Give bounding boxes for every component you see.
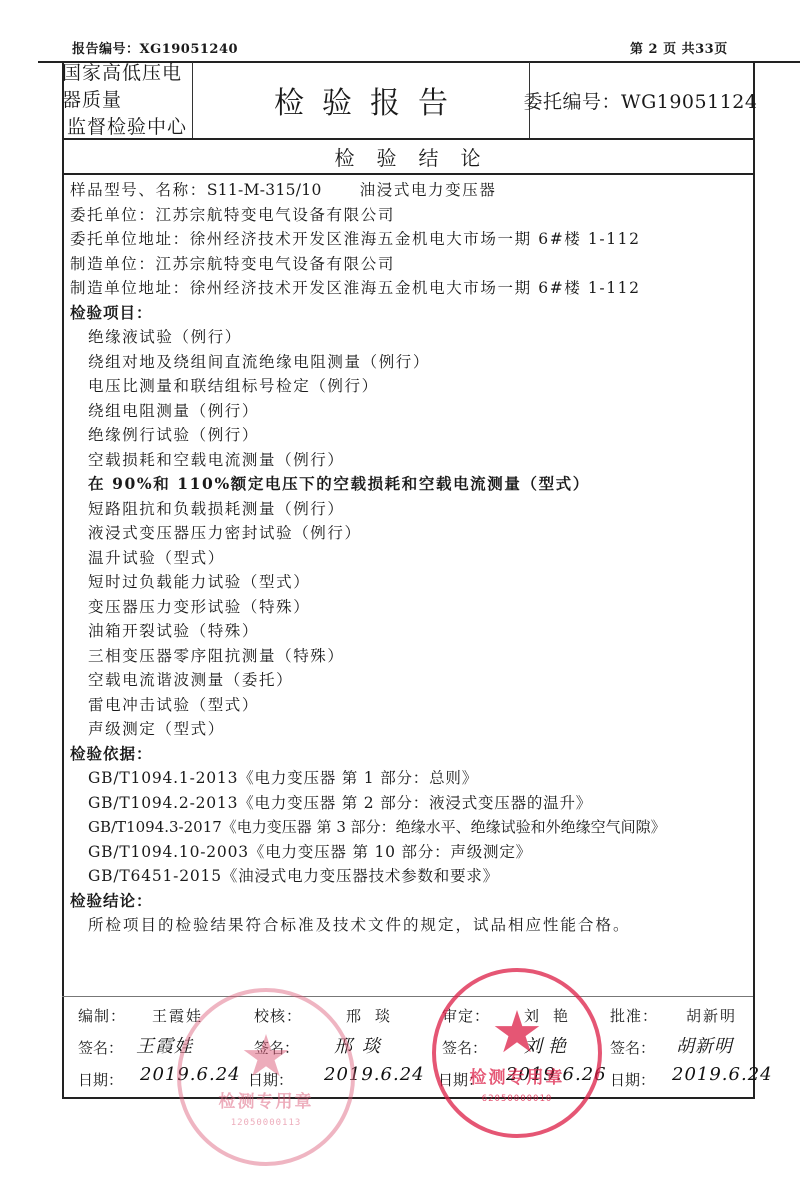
person-name: 刘艳 bbox=[524, 1007, 582, 1025]
organization-cell: 国家高低压电器质量 监督检验中心 bbox=[62, 62, 193, 138]
manufacturer-label: 制造单位： bbox=[70, 255, 156, 273]
role-compiled: 编制： bbox=[78, 1005, 126, 1026]
handwritten-date: 2019.6.24 bbox=[672, 1064, 773, 1085]
test-item: 油箱开裂试验（特殊） bbox=[70, 619, 750, 644]
manufacturer-address-line: 制造单位地址：徐州经济技术开发区淮海五金机电大市场一期 6#楼 1-112 bbox=[70, 276, 750, 301]
role-label: 编制： bbox=[78, 1007, 126, 1025]
section-title: 检验结论 bbox=[313, 142, 503, 171]
manufacturer-address-value: 徐州经济技术开发区淮海五金机电大市场一期 6#楼 1-112 bbox=[190, 279, 641, 297]
entrust-number-value: WG19051124 bbox=[621, 91, 757, 113]
test-item: 空载损耗和空载电流测量（例行） bbox=[70, 448, 750, 473]
test-item: 绕组对地及绕组间直流绝缘电阻测量（例行） bbox=[70, 350, 750, 375]
date-label: 日期： bbox=[610, 1069, 655, 1090]
date-label: 日期： bbox=[248, 1069, 293, 1090]
report-number-label: 报告编号： bbox=[72, 42, 140, 57]
basis-standard: GB/T1094.3-2017《电力变压器 第 3 部分：绝缘水平、绝缘试验和外… bbox=[70, 815, 750, 840]
client-label: 委托单位： bbox=[70, 206, 156, 224]
header-table: 国家高低压电器质量 监督检验中心 检验报告 委托编号：WG19051124 bbox=[62, 62, 753, 140]
person-name: 邢琰 bbox=[346, 1007, 404, 1025]
name-compiled: 王霞娃 bbox=[152, 1005, 203, 1026]
report-number: 报告编号：XG19051240 bbox=[72, 38, 238, 57]
test-item: 变压器压力变形试验（特殊） bbox=[70, 595, 750, 620]
sign-label: 签名： bbox=[254, 1037, 299, 1058]
signature-block: 编制： 王霞娃 校核： 邢琰 审定： 刘艳 批准： 胡新明 签名： 王霞娃 签名… bbox=[62, 998, 753, 1097]
role-approved: 批准： bbox=[610, 1005, 658, 1026]
sign-label: 签名： bbox=[78, 1037, 123, 1058]
section-header: 检验结论 bbox=[62, 139, 753, 175]
conclusion-text: 所检项目的检验结果符合标准及技术文件的规定，试品相应性能合格。 bbox=[70, 913, 750, 938]
date-label: 日期： bbox=[438, 1069, 483, 1090]
role-label: 审定： bbox=[442, 1007, 490, 1025]
sample-line: 样品型号、名称：S11-M-315/10油浸式电力变压器 bbox=[70, 178, 750, 203]
name-reviewed: 刘艳 bbox=[524, 1005, 582, 1026]
name-checked: 邢琰 bbox=[346, 1005, 404, 1026]
sample-label: 样品型号、名称： bbox=[70, 181, 207, 199]
test-item: 三相变压器零序阻抗测量（特殊） bbox=[70, 644, 750, 669]
date-label: 日期： bbox=[78, 1069, 123, 1090]
signature-separator bbox=[62, 996, 753, 997]
handwritten-date: 2019.6.24 bbox=[324, 1064, 425, 1085]
page-indicator: 第 2 页 共33页 bbox=[630, 38, 728, 57]
report-number-value: XG19051240 bbox=[140, 42, 239, 57]
role-row: 编制： 王霞娃 校核： 邢琰 审定： 刘艳 批准： 胡新明 bbox=[62, 1000, 753, 1030]
basis-standard: GB/T1094.10-2003《电力变压器 第 10 部分：声级测定》 bbox=[70, 840, 750, 865]
client-address-value: 徐州经济技术开发区淮海五金机电大市场一期 6#楼 1-112 bbox=[190, 230, 641, 248]
person-name: 胡新明 bbox=[686, 1007, 737, 1025]
client-address-line: 委托单位地址：徐州经济技术开发区淮海五金机电大市场一期 6#楼 1-112 bbox=[70, 227, 750, 252]
role-label: 批准： bbox=[610, 1007, 658, 1025]
entrust-cell: 委托编号：WG19051124 bbox=[530, 62, 751, 138]
title-cell: 检验报告 bbox=[193, 62, 530, 138]
sign-label: 签名： bbox=[442, 1037, 487, 1058]
handwritten-signature: 邢琰 bbox=[334, 1032, 390, 1058]
handwritten-date: 2019.6.24 bbox=[140, 1064, 241, 1085]
person-name: 王霞娃 bbox=[152, 1007, 203, 1025]
signature-row: 签名： 王霞娃 签名： 邢琰 签名： 刘艳 签名： 胡新明 bbox=[62, 1032, 753, 1062]
test-item: 声级测定（型式） bbox=[70, 717, 750, 742]
test-item: 空载电流谐波测量（委托） bbox=[70, 668, 750, 693]
client-value: 江苏宗航特变电气设备有限公司 bbox=[156, 206, 395, 224]
handwritten-date: 2019.6.26 bbox=[506, 1064, 607, 1085]
date-row: 日期： 2019.6.24 日期： 2019.6.24 日期： 2019.6.2… bbox=[62, 1064, 753, 1094]
manufacturer-line: 制造单位：江苏宗航特变电气设备有限公司 bbox=[70, 252, 750, 277]
test-item: 雷电冲击试验（型式） bbox=[70, 693, 750, 718]
test-items-heading: 检验项目： bbox=[70, 301, 750, 326]
test-item: 电压比测量和联结组标号检定（例行） bbox=[70, 374, 750, 399]
sign-label: 签名： bbox=[610, 1037, 655, 1058]
test-item: 在 90%和 110%额定电压下的空载损耗和空载电流测量（型式） bbox=[70, 472, 750, 497]
test-item: 绝缘液试验（例行） bbox=[70, 325, 750, 350]
client-address-label: 委托单位地址： bbox=[70, 230, 190, 248]
manufacturer-address-label: 制造单位地址： bbox=[70, 279, 190, 297]
organization-name-line1: 国家高低压电器质量 bbox=[62, 60, 192, 114]
basis-heading: 检验依据： bbox=[70, 742, 750, 767]
role-checked: 校核： bbox=[254, 1005, 302, 1026]
test-item: 温升试验（型式） bbox=[70, 546, 750, 571]
handwritten-signature: 王霞娃 bbox=[136, 1032, 193, 1058]
test-item: 液浸式变压器压力密封试验（例行） bbox=[70, 521, 750, 546]
client-line: 委托单位：江苏宗航特变电气设备有限公司 bbox=[70, 203, 750, 228]
sample-model: S11-M-315/10 bbox=[207, 181, 322, 199]
test-item: 绕组电阻测量（例行） bbox=[70, 399, 750, 424]
conclusion-heading: 检验结论： bbox=[70, 889, 750, 914]
handwritten-signature: 刘艳 bbox=[524, 1032, 572, 1058]
test-item: 短路阻抗和负载损耗测量（例行） bbox=[70, 497, 750, 522]
basis-standard: GB/T1094.1-2013《电力变压器 第 1 部分：总则》 bbox=[70, 766, 750, 791]
basis-standard: GB/T6451-2015《油浸式电力变压器技术参数和要求》 bbox=[70, 864, 750, 889]
role-label: 校核： bbox=[254, 1007, 302, 1025]
report-body: 样品型号、名称：S11-M-315/10油浸式电力变压器 委托单位：江苏宗航特变… bbox=[70, 178, 750, 938]
document-title: 检验报告 bbox=[256, 78, 466, 122]
role-reviewed: 审定： bbox=[442, 1005, 490, 1026]
manufacturer-value: 江苏宗航特变电气设备有限公司 bbox=[156, 255, 395, 273]
entrust-number: 委托编号：WG19051124 bbox=[524, 87, 758, 114]
basis-standard: GB/T1094.2-2013《电力变压器 第 2 部分：液浸式变压器的温升》 bbox=[70, 791, 750, 816]
name-approved: 胡新明 bbox=[686, 1005, 737, 1026]
seal-code: 12050000113 bbox=[231, 1118, 302, 1128]
handwritten-signature: 胡新明 bbox=[676, 1032, 733, 1058]
entrust-number-label: 委托编号： bbox=[524, 91, 622, 113]
test-item: 短时过负载能力试验（型式） bbox=[70, 570, 750, 595]
organization-name-line2: 监督检验中心 bbox=[67, 114, 187, 141]
sample-name: 油浸式电力变压器 bbox=[360, 181, 497, 199]
test-item: 绝缘例行试验（例行） bbox=[70, 423, 750, 448]
